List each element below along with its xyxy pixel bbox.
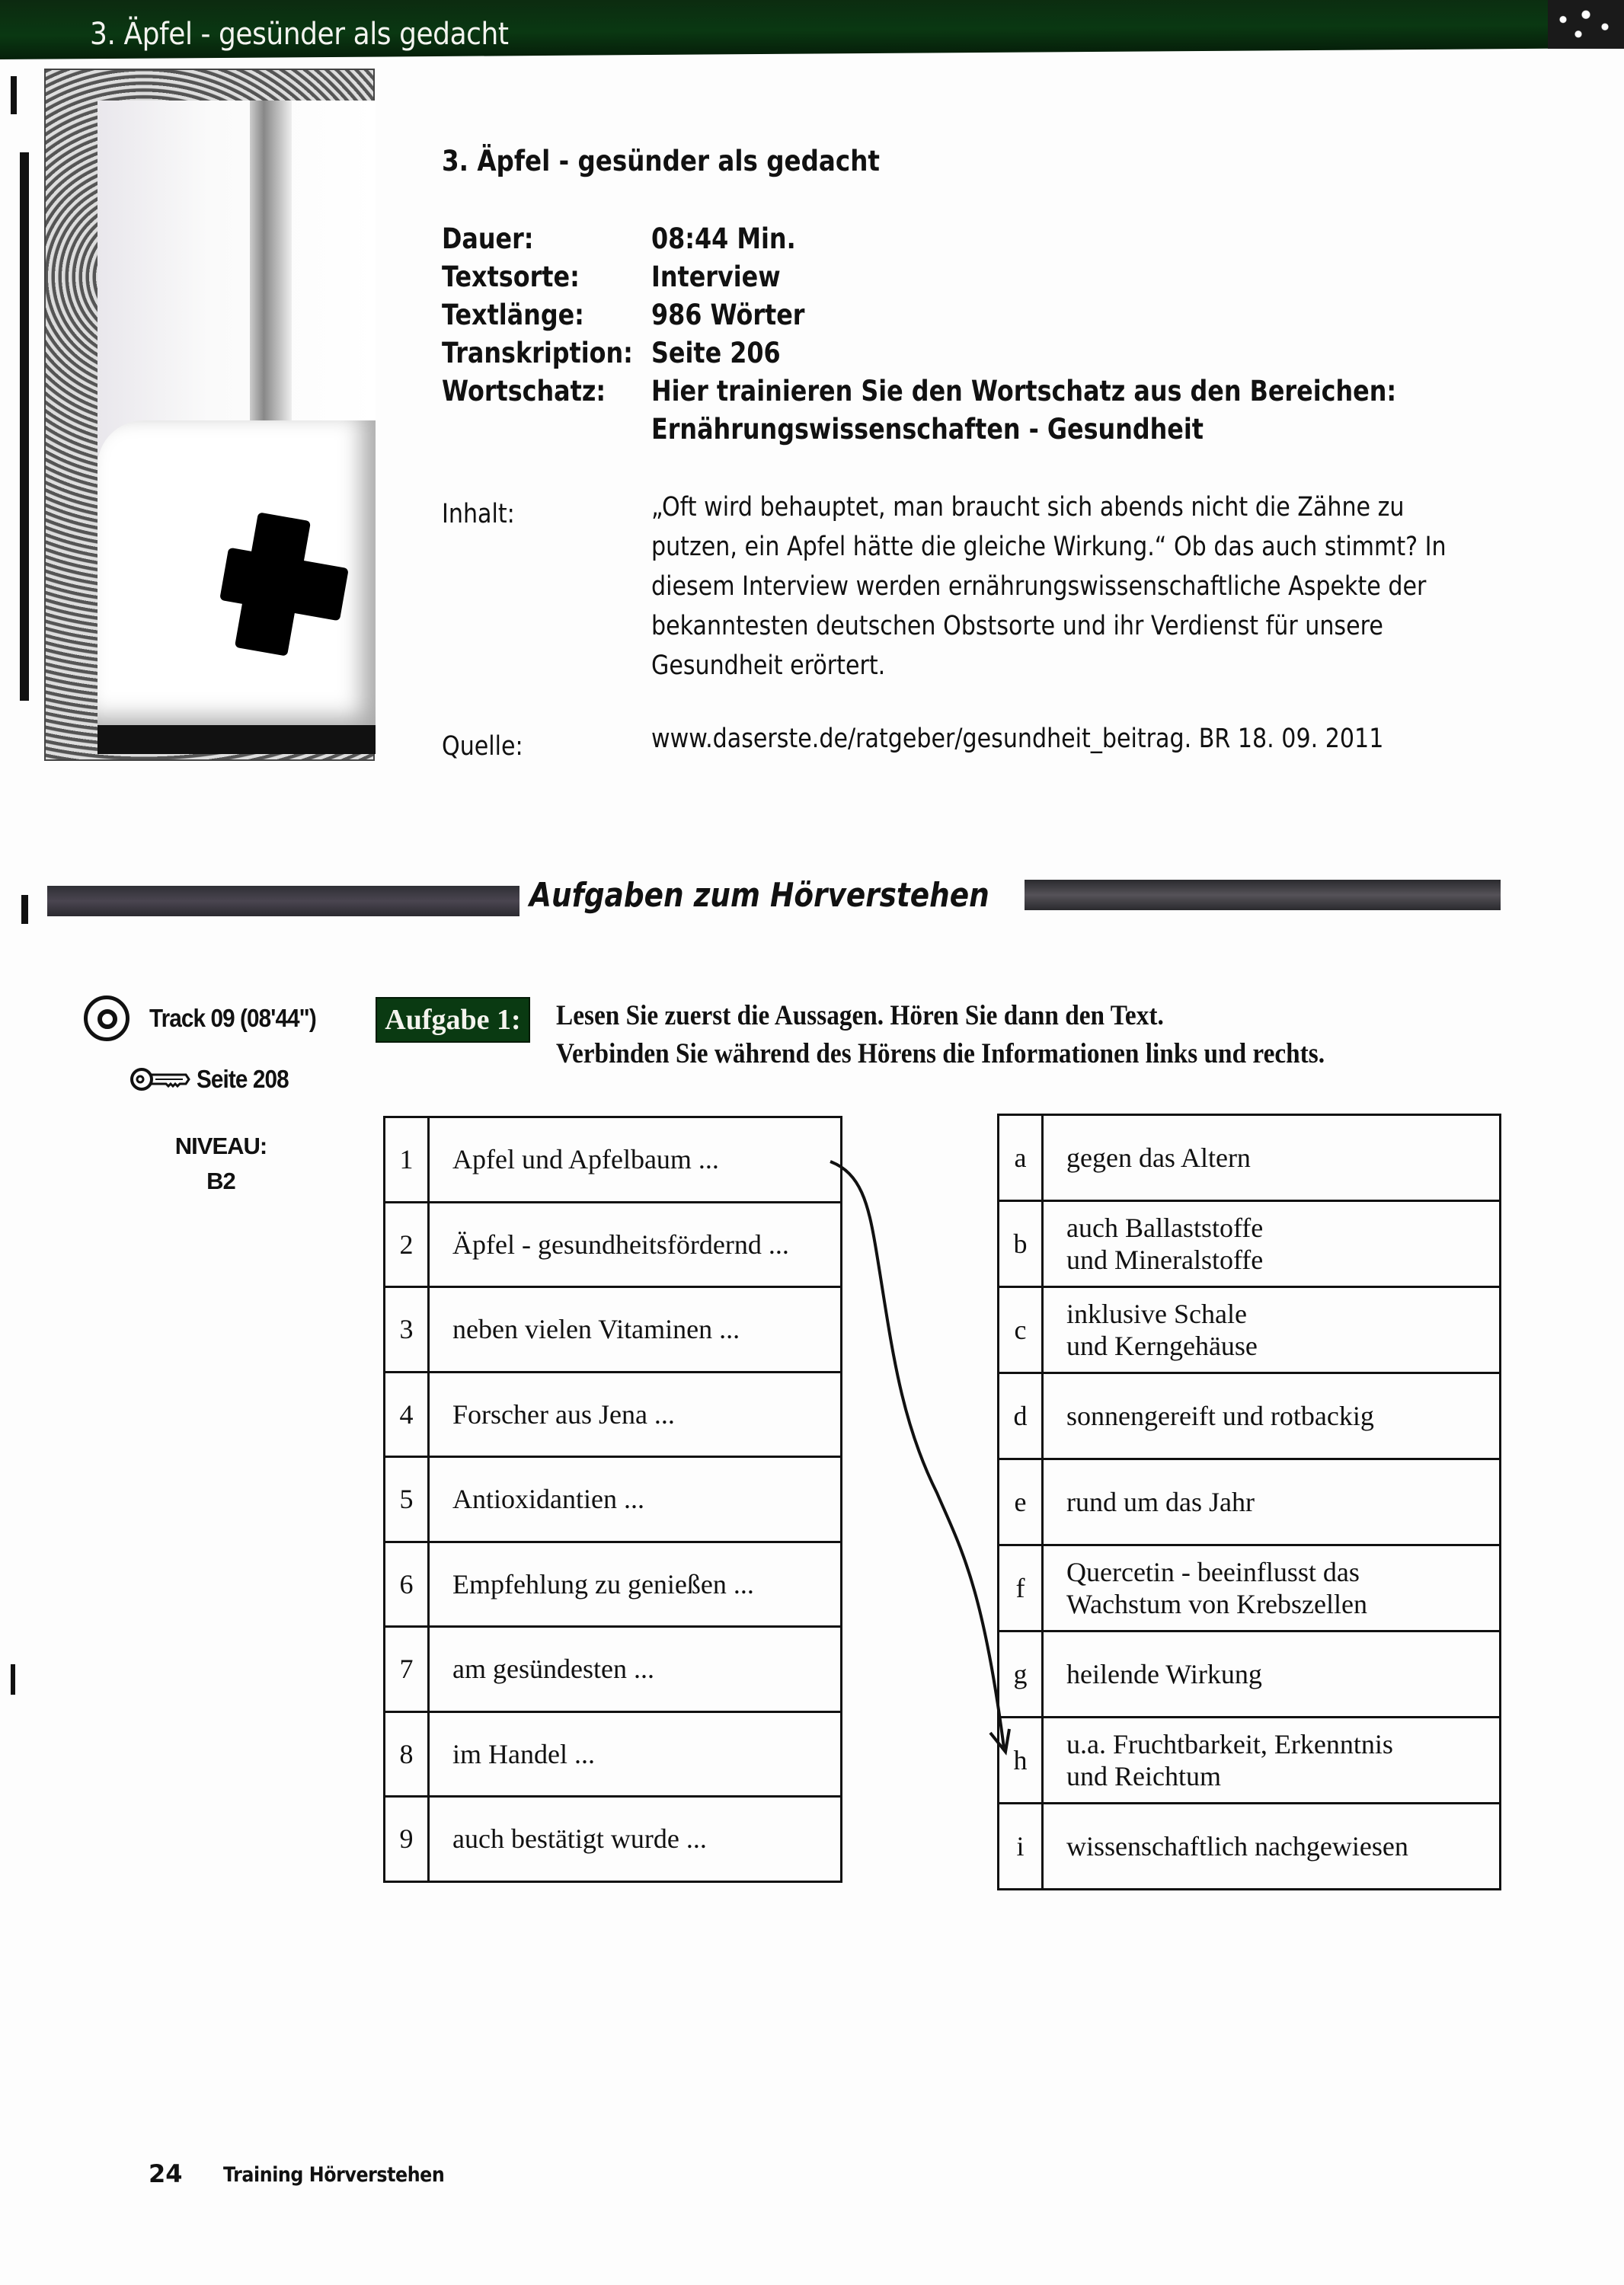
ending-row: g heilende Wirkung <box>999 1631 1501 1718</box>
statement-number: 1 <box>385 1117 429 1203</box>
ending-text[interactable]: rund um das Jahr <box>1043 1459 1501 1545</box>
track-label: Track 09 (08'44") <box>149 1004 316 1033</box>
statement-row: 9 auch bestätigt wurde ... <box>385 1797 842 1882</box>
level-indicator: NIVEAU: B2 <box>145 1129 297 1199</box>
field-value-textlaenge: 986 Wörter <box>651 299 805 331</box>
ending-row: f Quercetin - beeinflusst dasWachstum vo… <box>999 1545 1501 1631</box>
field-label-quelle: Quelle: <box>442 731 523 762</box>
ending-text-line2: und Mineralstoffe <box>1066 1244 1499 1276</box>
ending-text-line1: inklusive Schale <box>1066 1298 1499 1330</box>
statement-row: 2 Äpfel - gesundheitsfördernd ... <box>385 1202 842 1287</box>
chapter-banner-title: 3. Äpfel - gesünder als gedacht <box>90 17 509 52</box>
solution-page-label: Seite 208 <box>197 1065 289 1094</box>
statement-text[interactable]: auch bestätigt wurde ... <box>429 1797 842 1882</box>
ending-text-line1: sonnengereift und rotbackig <box>1066 1400 1499 1432</box>
ending-text-line1: wissenschaftlich nachgewiesen <box>1066 1830 1499 1862</box>
ending-text[interactable]: sonnengereift und rotbackig <box>1043 1373 1501 1459</box>
statement-text[interactable]: Empfehlung zu genießen ... <box>429 1542 842 1627</box>
page-number: 24 <box>149 2159 183 2188</box>
statement-number: 3 <box>385 1287 429 1373</box>
ending-letter: e <box>999 1459 1043 1545</box>
field-label-transkription: Transkription: <box>442 337 633 369</box>
ending-text-line1: Quercetin - beeinflusst das <box>1066 1556 1499 1588</box>
statement-number: 8 <box>385 1711 429 1797</box>
field-value-wortschatz-line2: Ernährungswissenschaften - Gesundheit <box>651 413 1204 446</box>
statement-row: 3 neben vielen Vitaminen ... <box>385 1287 842 1373</box>
scan-edge-mark <box>20 152 29 701</box>
field-label-dauer: Dauer: <box>442 222 534 255</box>
ending-letter: f <box>999 1545 1043 1631</box>
ending-row: a gegen das Altern <box>999 1115 1501 1201</box>
scan-edge-mark <box>11 76 17 114</box>
ending-letter: c <box>999 1287 1043 1373</box>
ending-row: b auch Ballaststoffeund Mineralstoffe <box>999 1201 1501 1287</box>
instruction-line-2: Verbinden Sie während des Hörens die Inf… <box>556 1037 1325 1070</box>
section-marker <box>21 895 28 924</box>
ending-text[interactable]: heilende Wirkung <box>1043 1631 1501 1718</box>
ending-text-line2: und Reichtum <box>1066 1760 1499 1792</box>
ending-text-line2: Wachstum von Krebszellen <box>1066 1588 1499 1620</box>
field-label-textsorte: Textsorte: <box>442 260 580 293</box>
ending-letter: a <box>999 1115 1043 1201</box>
cd-icon <box>84 995 129 1041</box>
ending-letter: h <box>999 1718 1043 1804</box>
ending-letter: b <box>999 1201 1043 1287</box>
statement-number: 9 <box>385 1797 429 1882</box>
field-value-transkription: Seite 206 <box>651 337 781 369</box>
statement-number: 4 <box>385 1372 429 1457</box>
statement-text[interactable]: Äpfel - gesundheitsfördernd ... <box>429 1202 842 1287</box>
field-label-inhalt: Inhalt: <box>442 499 515 529</box>
ending-row: c inklusive Schaleund Kerngehäuse <box>999 1287 1501 1373</box>
section-title: Aufgaben zum Hörverstehen <box>529 876 989 915</box>
field-value-wortschatz: Hier trainieren Sie den Wortschatz aus d… <box>651 375 1396 407</box>
ending-text[interactable]: u.a. Fruchtbarkeit, Erkenntnisund Reicht… <box>1043 1718 1501 1804</box>
statement-text[interactable]: Apfel und Apfelbaum ... <box>429 1117 842 1203</box>
field-value-quelle: www.daserste.de/ratgeber/gesundheit_beit… <box>651 724 1383 754</box>
key-icon <box>129 1063 190 1097</box>
statement-text[interactable]: Forscher aus Jena ... <box>429 1372 842 1457</box>
book-title: Training Hörverstehen <box>223 2163 444 2187</box>
scan-edge-mark <box>11 1664 15 1695</box>
ending-row: d sonnengereift und rotbackig <box>999 1373 1501 1459</box>
ending-text-line1: gegen das Altern <box>1066 1142 1499 1174</box>
instruction-line-1: Lesen Sie zuerst die Aussagen. Hören Sie… <box>556 999 1164 1032</box>
statement-text[interactable]: neben vielen Vitaminen ... <box>429 1287 842 1373</box>
photo-background <box>98 101 376 740</box>
field-value-inhalt: „Oft wird behauptet, man braucht sich ab… <box>651 487 1483 685</box>
ending-text[interactable]: inklusive Schaleund Kerngehäuse <box>1043 1287 1501 1373</box>
level-label: NIVEAU: <box>145 1129 297 1164</box>
ending-letter: d <box>999 1373 1043 1459</box>
statement-text[interactable]: am gesündesten ... <box>429 1627 842 1712</box>
section-divider-left <box>47 886 519 916</box>
statement-row: 7 am gesündesten ... <box>385 1627 842 1712</box>
ending-letter: i <box>999 1804 1043 1890</box>
statements-table: 1 Apfel und Apfelbaum ...2 Äpfel - gesun… <box>383 1116 842 1883</box>
ending-letter: g <box>999 1631 1043 1718</box>
statement-row: 1 Apfel und Apfelbaum ... <box>385 1117 842 1203</box>
ending-text-line1: auch Ballaststoffe <box>1066 1212 1499 1244</box>
ending-text-line1: heilende Wirkung <box>1066 1658 1499 1690</box>
field-value-dauer: 08:44 Min. <box>651 222 796 255</box>
statement-row: 4 Forscher aus Jena ... <box>385 1372 842 1457</box>
first-aid-kit-photo <box>44 69 375 761</box>
statement-number: 6 <box>385 1542 429 1627</box>
section-divider-right <box>1025 880 1501 910</box>
ending-row: i wissenschaftlich nachgewiesen <box>999 1804 1501 1890</box>
ending-text-line1: u.a. Fruchtbarkeit, Erkenntnis <box>1066 1728 1499 1760</box>
task-badge: Aufgabe 1: <box>376 997 530 1043</box>
field-label-textlaenge: Textlänge: <box>442 299 584 331</box>
ending-row: e rund um das Jahr <box>999 1459 1501 1545</box>
ending-text[interactable]: gegen das Altern <box>1043 1115 1501 1201</box>
statement-number: 5 <box>385 1457 429 1542</box>
ending-row: h u.a. Fruchtbarkeit, Erkenntnisund Reic… <box>999 1718 1501 1804</box>
statement-text[interactable]: im Handel ... <box>429 1711 842 1797</box>
field-label-wortschatz: Wortschatz: <box>442 375 606 407</box>
ending-text-line1: rund um das Jahr <box>1066 1486 1499 1518</box>
level-value: B2 <box>145 1164 297 1199</box>
statement-text[interactable]: Antioxidantien ... <box>429 1457 842 1542</box>
text-title: 3. Äpfel - gesünder als gedacht <box>442 145 880 177</box>
statement-row: 8 im Handel ... <box>385 1711 842 1797</box>
field-value-textsorte: Interview <box>651 260 781 293</box>
ending-text-line2: und Kerngehäuse <box>1066 1330 1499 1362</box>
statement-row: 5 Antioxidantien ... <box>385 1457 842 1542</box>
ending-text[interactable]: auch Ballaststoffeund Mineralstoffe <box>1043 1201 1501 1287</box>
statement-number: 2 <box>385 1202 429 1287</box>
statement-number: 7 <box>385 1627 429 1712</box>
ending-text[interactable]: wissenschaftlich nachgewiesen <box>1043 1804 1501 1890</box>
endings-table: a gegen das Alternb auch Ballaststoffeun… <box>997 1114 1501 1890</box>
ornament-icon <box>1548 0 1624 49</box>
statement-row: 6 Empfehlung zu genießen ... <box>385 1542 842 1627</box>
ending-text[interactable]: Quercetin - beeinflusst dasWachstum von … <box>1043 1545 1501 1631</box>
